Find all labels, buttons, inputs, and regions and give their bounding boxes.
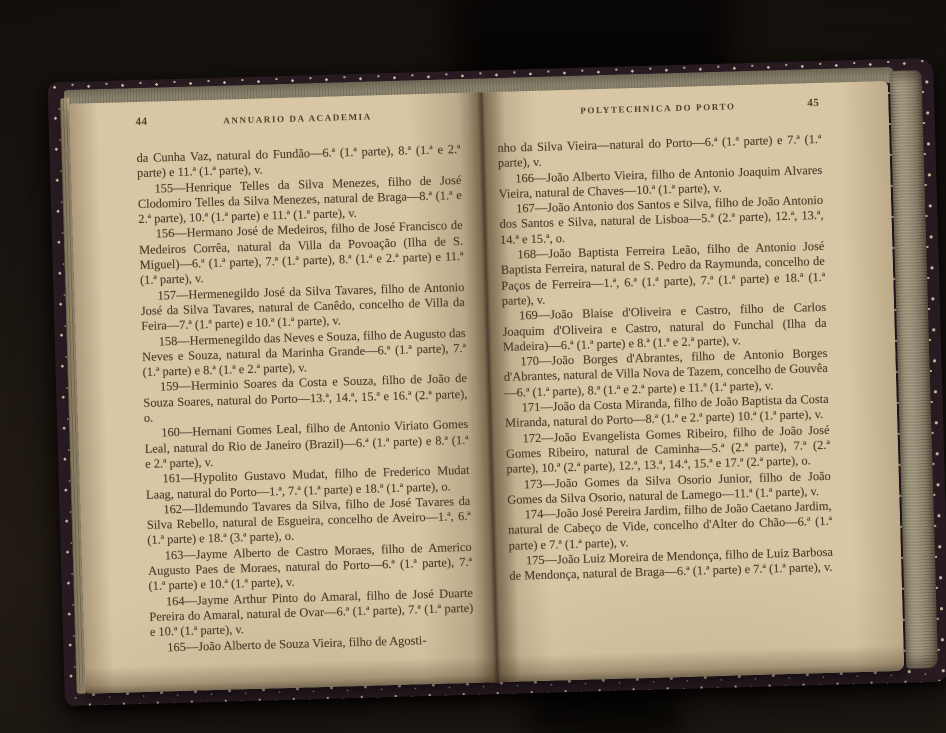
open-book: 44 ANNUARIO DA ACADEMIA da Cunha Vaz, na… <box>47 58 946 706</box>
book-entry-paragraph: 168—João Baptista Ferreira Leão, filho d… <box>500 239 826 309</box>
page-left-header: 44 ANNUARIO DA ACADEMIA <box>135 109 459 132</box>
open-spread: 44 ANNUARIO DA ACADEMIA da Cunha Vaz, na… <box>69 81 904 694</box>
page-left-inner: 44 ANNUARIO DA ACADEMIA da Cunha Vaz, na… <box>70 108 497 709</box>
page-right-text-block: nho da Silva Vieira—natural do Porto—6.ª… <box>497 132 833 584</box>
page-right-header: POLYTECHNICA DO PORTO 45 <box>496 99 819 122</box>
running-header-right: POLYTECHNICA DO PORTO <box>496 99 819 118</box>
book-page-right: POLYTECHNICA DO PORTO 45 nho da Silva Vi… <box>480 81 904 682</box>
page-left-text-block: da Cunha Vaz, natural do Fundão—6.ª (1.ª… <box>136 142 474 656</box>
page-right-inner: POLYTECHNICA DO PORTO 45 nho da Silva Vi… <box>480 97 904 698</box>
running-header-left: ANNUARIO DA ACADEMIA <box>135 109 459 128</box>
page-number-left: 44 <box>135 116 147 128</box>
book-entry-paragraph: 156—Hermano José de Medeiros, filho de J… <box>139 218 465 288</box>
page-number-right: 45 <box>807 97 819 109</box>
book-photo-scene: 44 ANNUARIO DA ACADEMIA da Cunha Vaz, na… <box>0 0 946 733</box>
book-page-left: 44 ANNUARIO DA ACADEMIA da Cunha Vaz, na… <box>69 92 496 693</box>
